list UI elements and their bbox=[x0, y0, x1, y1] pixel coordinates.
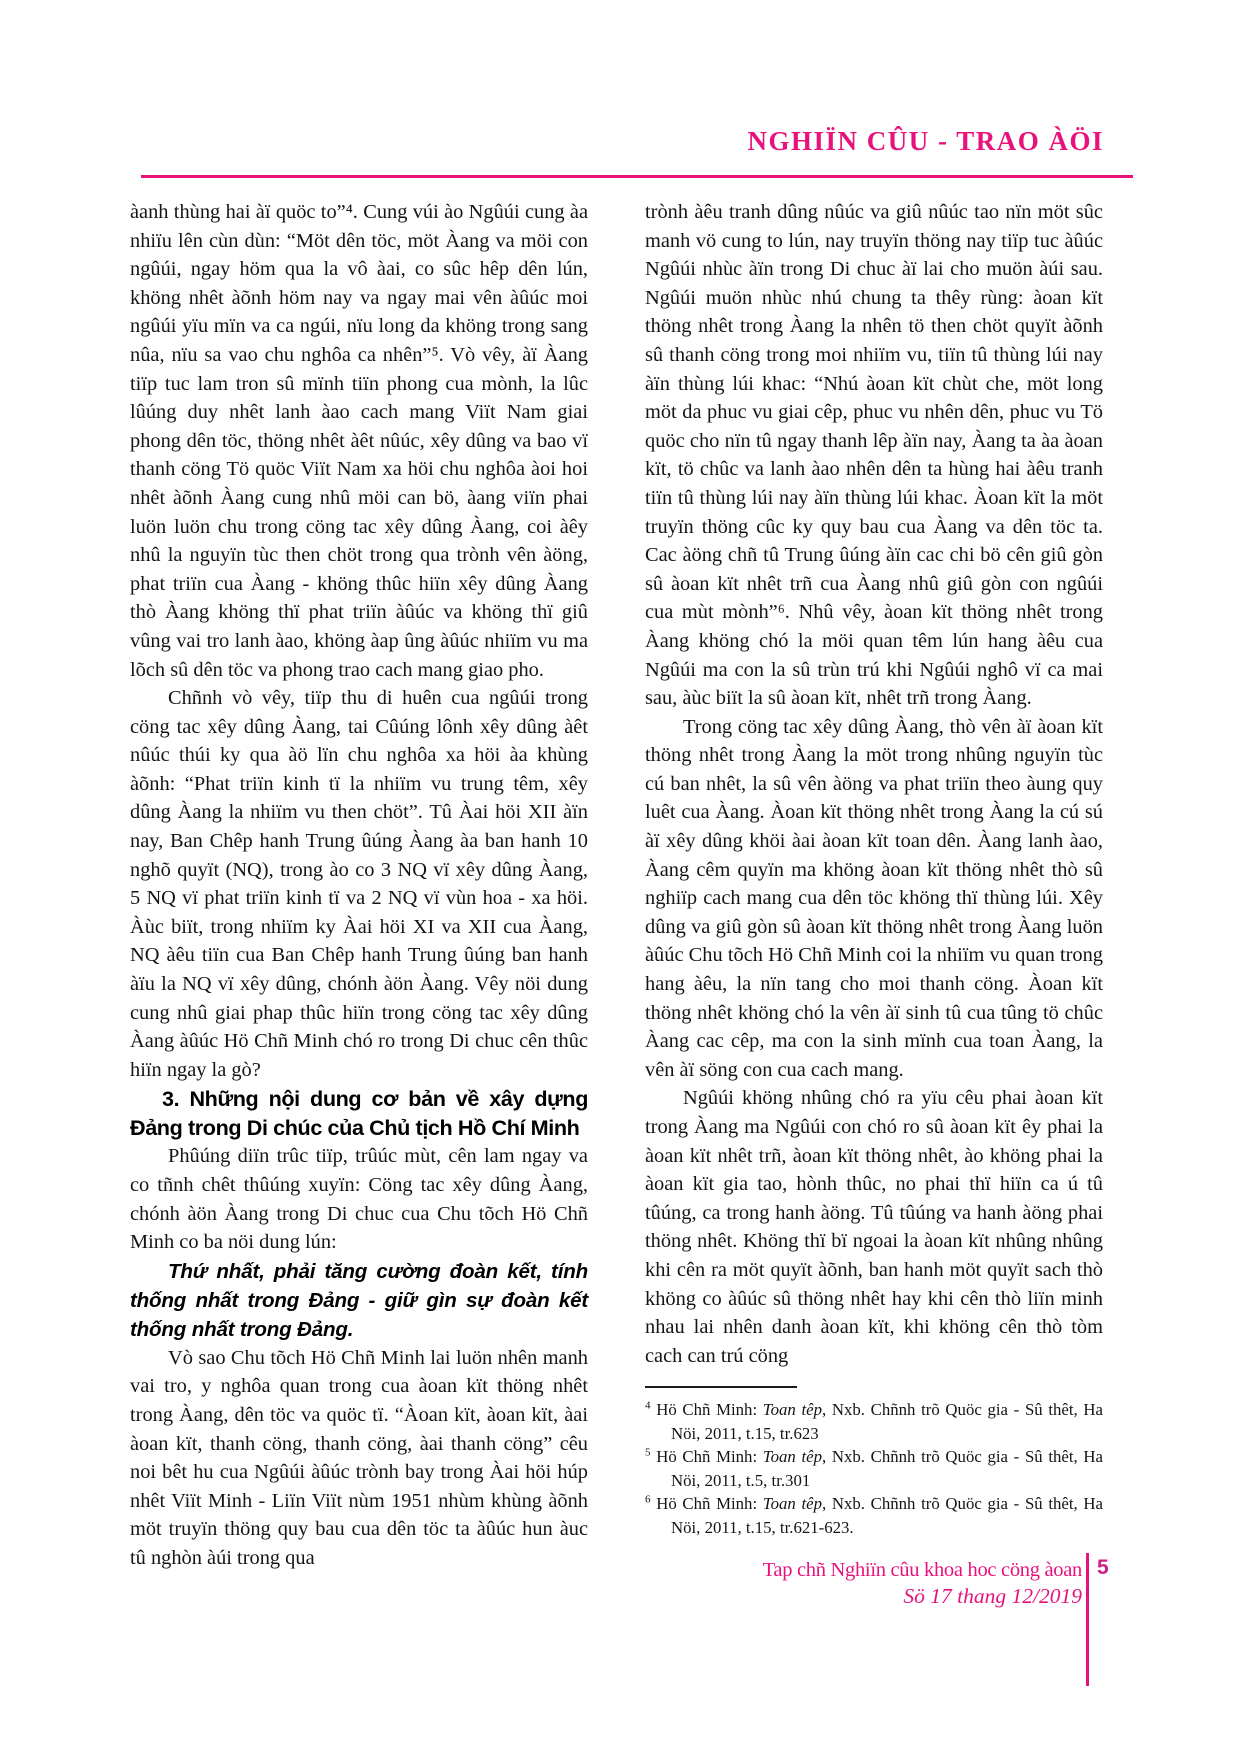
footnote-title: Toan têp bbox=[763, 1447, 822, 1466]
page-header-section-title: NGHIÏN CÛU - TRAO ÀÖI bbox=[747, 126, 1104, 157]
footnotes: 4 Hö Chñ Minh: Toan têp, Nxb. Chñnh trõ … bbox=[645, 1386, 1103, 1539]
footnote-marker: 5 bbox=[645, 1447, 651, 1459]
footnote-rule bbox=[645, 1386, 797, 1388]
footer-journal-name: Tap chñ Nghiïn cûu khoa hoc cöng àoan bbox=[763, 1558, 1082, 1583]
paragraph: àanh thùng hai àï quöc to”⁴. Cung vúi ào… bbox=[130, 198, 588, 684]
footnote-marker: 4 bbox=[645, 1400, 651, 1412]
footer-vertical-bar bbox=[1086, 1553, 1089, 1686]
paragraph: trònh àêu tranh dûng nûúc va giû nûúc ta… bbox=[645, 198, 1103, 713]
paragraph: Phûúng diïn trûc tiïp, trûúc mùt, cên la… bbox=[130, 1142, 588, 1256]
footnote-title: Toan têp bbox=[763, 1400, 822, 1419]
footnote: 6 Hö Chñ Minh: Toan têp, Nxb. Chñnh trõ … bbox=[645, 1492, 1103, 1539]
footnote-marker: 6 bbox=[645, 1494, 651, 1506]
footnote-author: Hö Chñ Minh: bbox=[656, 1400, 763, 1419]
right-column: trònh àêu tranh dûng nûúc va giû nûúc ta… bbox=[645, 198, 1103, 1539]
lead-emphasis-paragraph: Thứ nhất, phải tăng cường đoàn kết, tính… bbox=[130, 1257, 588, 1344]
footnote-title: Toan têp bbox=[763, 1494, 822, 1513]
paragraph: Ngûúi khöng nhûng chó ra yïu cêu phai ào… bbox=[645, 1084, 1103, 1370]
page-number: 5 bbox=[1097, 1556, 1109, 1580]
article-body: àanh thùng hai àï quöc to”⁴. Cung vúi ào… bbox=[130, 198, 1104, 1573]
left-column: àanh thùng hai àï quöc to”⁴. Cung vúi ào… bbox=[130, 198, 588, 1573]
footnote: 5 Hö Chñ Minh: Toan têp, Nxb. Chñnh trõ … bbox=[645, 1445, 1103, 1492]
paragraph: Trong cöng tac xêy dûng Àang, thò vên àï… bbox=[645, 713, 1103, 1085]
section-heading: 3. Những nội dung cơ bản về xây dựng Đản… bbox=[130, 1084, 588, 1142]
footer-issue: Sö 17 thang 12/2019 bbox=[763, 1583, 1082, 1610]
journal-page: NGHIÏN CÛU - TRAO ÀÖI àanh thùng hai àï … bbox=[0, 0, 1240, 1753]
paragraph: Chñnh vò vêy, tiïp thu di huên cua ngûúi… bbox=[130, 684, 588, 1084]
footnote-author: Hö Chñ Minh: bbox=[656, 1447, 763, 1466]
paragraph: Vò sao Chu tõch Hö Chñ Minh lai luön nhê… bbox=[130, 1344, 588, 1573]
footnote: 4 Hö Chñ Minh: Toan têp, Nxb. Chñnh trõ … bbox=[645, 1398, 1103, 1445]
header-rule bbox=[141, 175, 1133, 178]
page-footer: Tap chñ Nghiïn cûu khoa hoc cöng àoan Sö… bbox=[763, 1558, 1082, 1610]
footnote-author: Hö Chñ Minh: bbox=[656, 1494, 763, 1513]
